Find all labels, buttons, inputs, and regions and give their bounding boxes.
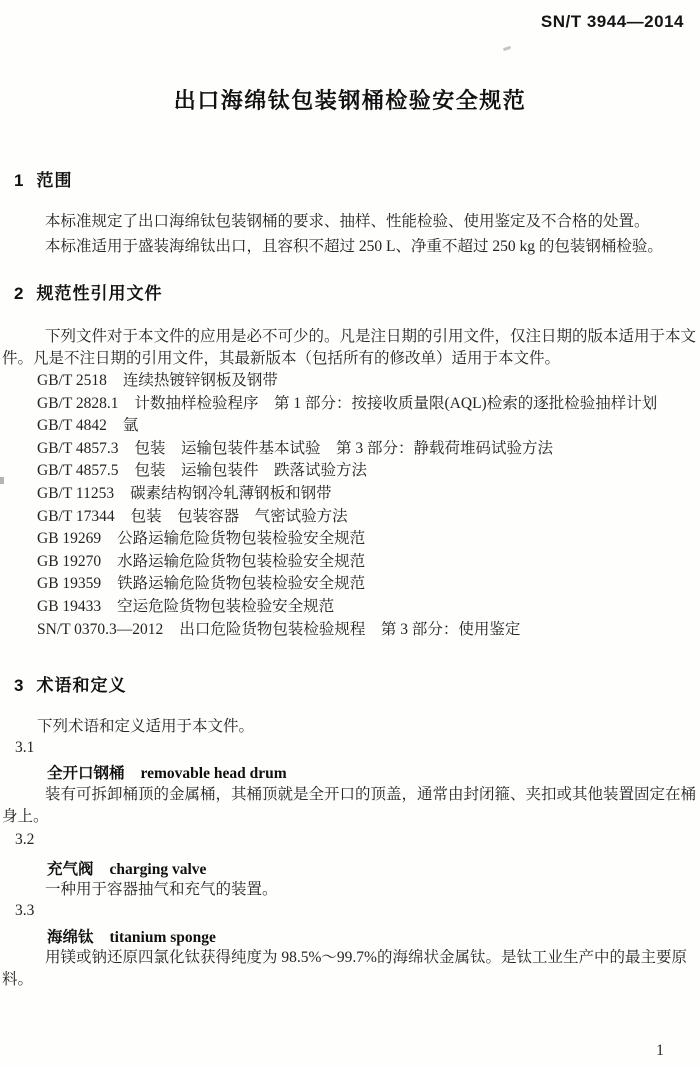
reference-title: 碳素结构钢冷轧薄钢板和钢带 [130,485,332,502]
document-page: SN/T 3944—2014 出口海绵钛包装钢桶检验安全规范 1范围 本标准规定… [0,0,700,1067]
reference-code: GB/T 17344 [37,508,115,525]
reference-title: 连续热镀锌钢板及钢带 [123,372,278,389]
normative-references-list: GB/T 2518连续热镀锌钢板及钢带 GB/T 2828.1计数抽样检验程序 … [37,368,657,639]
section-number: 3 [14,676,23,696]
section-title: 范围 [36,171,72,190]
reference-item: GB/T 4857.3包装 运输包装件基本试验 第 3 部分：静载荷堆码试验方法 [37,436,657,459]
term-number: 3.3 [15,902,34,920]
reference-item: GB/T 2518连续热镀锌钢板及钢带 [37,368,657,391]
reference-item: GB/T 4857.5包装 运输包装件 跌落试验方法 [37,458,657,481]
term-number: 3.1 [15,739,34,757]
reference-item: GB/T 17344包装 包装容器 气密试验方法 [37,504,657,527]
paragraph: 本标准规定了出口海绵钛包装钢桶的要求、抽样、性能检验、使用鉴定及不合格的处置。 [2,211,698,233]
reference-item: GB/T 4842氩 [37,413,657,436]
reference-title: 计数抽样检验程序 第 1 部分：按接收质量限(AQL)检索的逐批检验抽样计划 [135,395,658,412]
reference-code: GB 19270 [37,553,101,570]
term-entry: 全开口钢桶removable head drum [47,761,287,783]
term-zh: 全开口钢桶 [47,765,125,782]
reference-code: GB 19269 [37,530,101,547]
term-en: titanium sponge [110,929,216,946]
paragraph: 下列术语和定义适用于本文件。 [37,716,254,738]
reference-item: GB 19433空运危险货物包装检验安全规范 [37,594,657,617]
reference-code: GB 19433 [37,598,101,615]
reference-title: 包装 运输包装件 跌落试验方法 [135,462,368,479]
reference-title: 公路运输危险货物包装检验安全规范 [117,530,365,547]
reference-title: 空运危险货物包装检验安全规范 [117,598,334,615]
reference-code: GB 19359 [37,575,101,592]
term-definition: 一种用于容器抽气和充气的装置。 [2,879,698,901]
paragraph: 本标准适用于盛装海绵钛出口，且容积不超过 250 L、净重不超过 250 kg … [2,236,698,258]
reference-item: SN/T 0370.3—2012出口危险货物包装检验规程 第 3 部分：使用鉴定 [37,617,657,640]
term-definition: 装有可拆卸桶顶的金属桶，其桶顶就是全开口的顶盖，通常由封闭箍、夹扣或其他装置固定… [2,784,698,828]
reference-code: GB/T 2518 [37,372,107,389]
reference-title: 包装 运输包装件基本试验 第 3 部分：静载荷堆码试验方法 [135,440,554,457]
section-title: 规范性引用文件 [36,284,162,303]
reference-title: 包装 包装容器 气密试验方法 [131,508,348,525]
reference-code: GB/T 2828.1 [37,395,119,412]
reference-item: GB/T 2828.1计数抽样检验程序 第 1 部分：按接收质量限(AQL)检索… [37,391,657,414]
term-entry: 充气阀charging valve [47,857,206,879]
scan-artifact [0,477,4,484]
term-definition: 用镁或钠还原四氯化钛获得纯度为 98.5%～99.7%的海绵状金属钛。是钛工业生… [2,947,698,991]
paragraph: 下列文件对于本文件的应用是必不可少的。凡是注日期的引用文件，仅注日期的版本适用于… [2,326,698,370]
term-number: 3.2 [15,831,34,849]
term-entry: 海绵钛titanium sponge [47,925,216,947]
section-number: 1 [14,171,23,191]
section-2-heading: 2规范性引用文件 [14,279,162,304]
reference-code: SN/T 0370.3—2012 [37,621,163,638]
section-1-heading: 1范围 [14,166,72,191]
reference-item: GB 19359铁路运输危险货物包装检验安全规范 [37,571,657,594]
term-zh: 充气阀 [47,861,94,878]
reference-title: 出口危险货物包装检验规程 第 3 部分：使用鉴定 [179,621,520,638]
standard-number: SN/T 3944—2014 [541,12,684,32]
section-number: 2 [14,284,23,304]
reference-code: GB/T 4857.5 [37,462,119,479]
reference-code: GB/T 4857.3 [37,440,119,457]
document-title: 出口海绵钛包装钢桶检验安全规范 [0,84,700,115]
reference-code: GB/T 11253 [37,485,114,502]
reference-title: 水路运输危险货物包装检验安全规范 [117,553,365,570]
reference-title: 氩 [123,417,139,434]
page-number: 1 [656,1042,664,1060]
term-en: removable head drum [141,765,287,782]
section-3-heading: 3术语和定义 [14,671,126,696]
term-en: charging valve [110,861,207,878]
section-title: 术语和定义 [36,676,126,695]
reference-code: GB/T 4842 [37,417,107,434]
term-zh: 海绵钛 [47,929,94,946]
reference-item: GB 19269公路运输危险货物包装检验安全规范 [37,526,657,549]
reference-item: GB/T 11253碳素结构钢冷轧薄钢板和钢带 [37,481,657,504]
scan-artifact [503,46,512,51]
reference-title: 铁路运输危险货物包装检验安全规范 [117,575,365,592]
reference-item: GB 19270水路运输危险货物包装检验安全规范 [37,549,657,572]
